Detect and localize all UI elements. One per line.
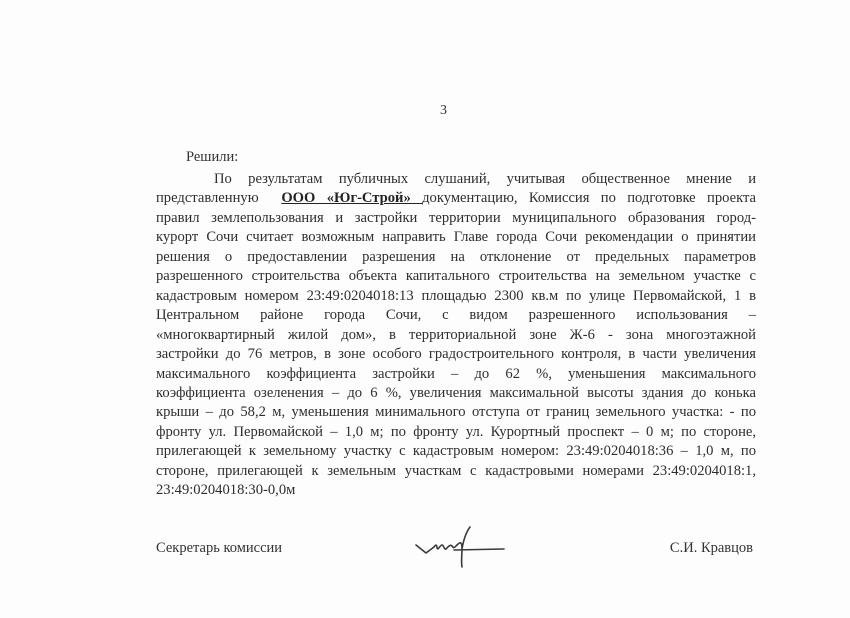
body-line: разрешенного строительства объекта капит… (156, 267, 756, 286)
decision-paragraph: По результатам публичных слушаний, учиты… (156, 170, 756, 501)
body-line: курорт Сочи считает возможным направить … (156, 228, 756, 247)
document-page: 3 Решили: По результатам публичных слуша… (0, 0, 850, 618)
company-name: ООО «Юг-Строй» (281, 190, 422, 206)
body-line: крыши – до 58,2 м, уменьшения минимально… (156, 403, 756, 422)
body-line: Центральном районе города Сочи, с видом … (156, 306, 756, 325)
body-line: стороне, прилегающей к земельным участка… (156, 462, 756, 481)
body-line: коэффициента озеленения – до 6 %, увелич… (156, 384, 756, 403)
signature-block: Секретарь комиссии С.И. Кравцов (156, 537, 756, 577)
body-line: представленную ООО «Юг-Строй» документац… (156, 189, 756, 208)
body-line: прилегающей к земельному участку с кадас… (156, 442, 756, 461)
body-line: фронту ул. Первомайской – 1,0 м; по фрон… (156, 423, 756, 442)
body-line: «многоквартирный жилой дом», в территори… (156, 326, 756, 345)
body-line: кадастровым номером 23:49:0204018:13 пло… (156, 287, 756, 306)
body-line: застройки до 76 метров, в зоне особого г… (156, 345, 756, 364)
handwritten-signature-icon (414, 523, 514, 573)
section-heading: Решили: (186, 149, 238, 166)
body-line: максимального коэффициента застройки – д… (156, 365, 756, 384)
body-line: По результатам публичных слушаний, учиты… (156, 170, 756, 189)
signatory-role: Секретарь комиссии (156, 540, 282, 557)
body-line: правил землепользования и застройки терр… (156, 209, 756, 228)
signatory-name: С.И. Кравцов (670, 540, 753, 557)
body-line: 23:49:0204018:30-0,0м (156, 481, 756, 500)
body-line: решения о предоставлении разрешения на о… (156, 248, 756, 267)
page-number: 3 (440, 103, 447, 119)
